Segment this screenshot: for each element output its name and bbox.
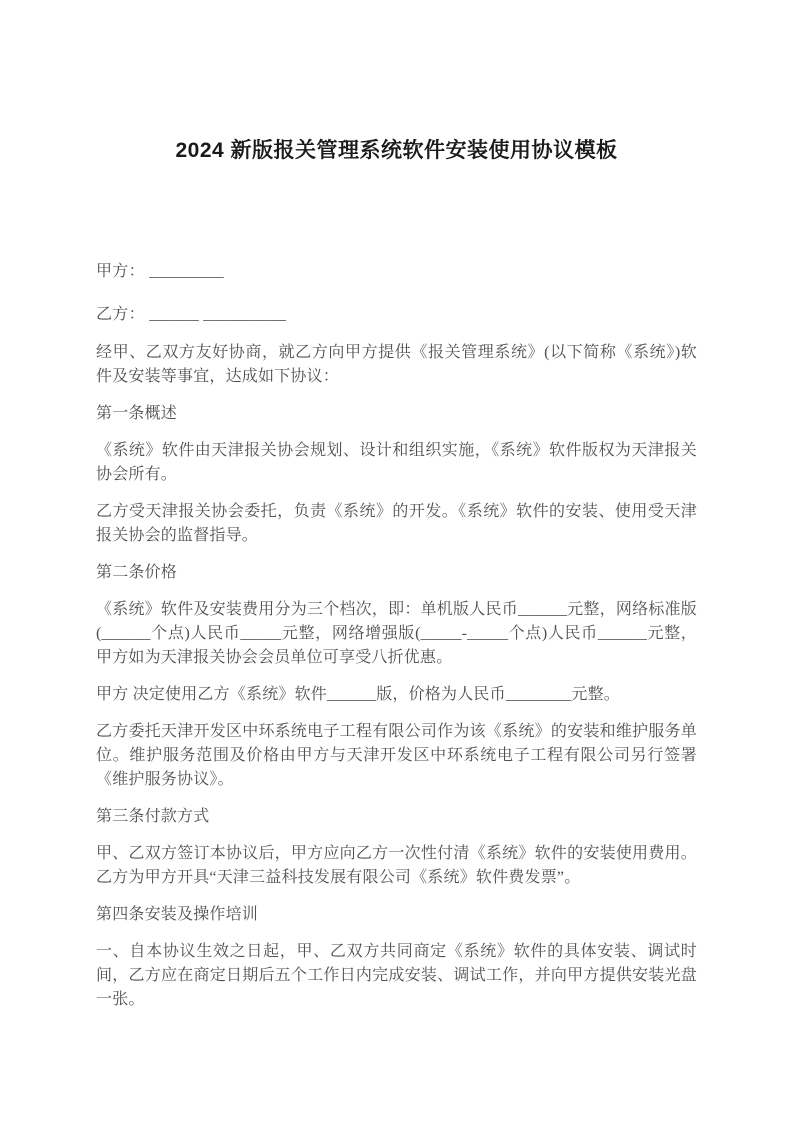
- section-1-heading: 第一条概述: [96, 402, 697, 426]
- section-1-paragraph: 乙方受天津报关协会委托，负责《系统》的开发。《系统》软件的安装、使用受天津报关协…: [96, 500, 697, 548]
- section-2-paragraph: 乙方委托天津开发区中环系统电子工程有限公司作为该《系统》的安装和维护服务单位。维…: [96, 720, 697, 792]
- section-4-paragraph: 一、自本协议生效之日起，甲、乙双方共同商定《系统》软件的具体安装、调试时间，乙方…: [96, 940, 697, 1012]
- document-body: 甲方： _________ 乙方： ______ __________ 经甲、乙…: [96, 260, 697, 1012]
- intro-paragraph: 经甲、乙双方友好协商，就乙方向甲方提供《报关管理系统》(以下简称《系统》)软件及…: [96, 341, 697, 389]
- party-a-line: 甲方： _________: [96, 260, 697, 284]
- section-3-paragraph: 甲、乙双方签订本协议后，甲方应向乙方一次性付清《系统》软件的安装使用费用。乙方为…: [96, 842, 697, 890]
- section-2-paragraph: 甲方 决定使用乙方《系统》软件______版，价格为人民币________元整。: [96, 683, 697, 707]
- section-3-heading: 第三条付款方式: [96, 805, 697, 829]
- section-4-heading: 第四条安装及操作培训: [96, 903, 697, 927]
- document-page: 2024 新版报关管理系统软件安装使用协议模板 甲方： _________ 乙方…: [0, 0, 793, 1122]
- section-1-paragraph: 《系统》软件由天津报关协会规划、设计和组织实施，《系统》软件版权为天津报关协会所…: [96, 439, 697, 487]
- section-2-paragraph: 《系统》软件及安装费用分为三个档次，即：单机版人民币______元整，网络标准版…: [96, 598, 697, 670]
- section-2-heading: 第二条价格: [96, 561, 697, 585]
- document-title: 2024 新版报关管理系统软件安装使用协议模板: [96, 134, 697, 168]
- party-b-line: 乙方： ______ __________: [96, 303, 697, 327]
